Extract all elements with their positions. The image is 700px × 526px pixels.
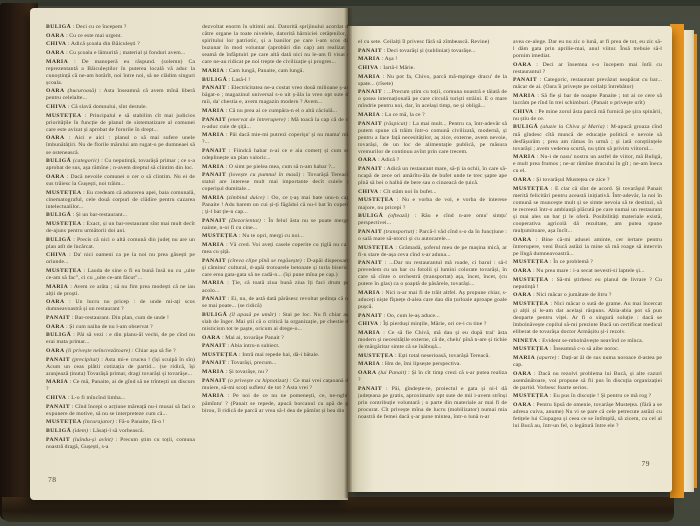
speaker-name: PANAIT <box>202 218 226 224</box>
speaker-name: PANAIT <box>202 378 226 384</box>
speaker-name: PANAIT <box>358 89 382 95</box>
speaker-name: MARIA <box>46 284 68 290</box>
dialogue-paragraph: PANAIT (lovește cu pumnul în masă) : Tov… <box>202 172 348 193</box>
page-number-79: 79 <box>642 459 651 468</box>
speaker-name: CHIVA <box>46 252 66 258</box>
dialogue-paragraph: OARA : Nu prea mare : i-a secat nevesti-… <box>513 268 662 275</box>
dialogue-paragraph: OARA : Și tovarășul Mustețea ce zice ? <box>513 177 662 184</box>
speaker-name: OARA <box>46 88 65 94</box>
speaker-name: OARA <box>513 292 532 298</box>
stage-direction: (zîmbind dulce) <box>224 195 265 201</box>
page-79-column-1: el cu sete. Ceilalți îl privesc fără să … <box>358 39 507 463</box>
speaker-name: CHIVA <box>46 104 66 110</box>
book-cover-bottom-edge <box>2 497 674 522</box>
dialogue-paragraph: MUSTEȚEA : Să-mi știrbesc eu planul de l… <box>513 277 662 291</box>
speaker-name: MUSTEȚEA <box>46 419 82 425</box>
speaker-name: BULIGĂ <box>46 428 71 434</box>
speaker-name: MUSTEȚEA <box>358 197 394 203</box>
dialogue-paragraph: MARIA : Păi dacă mie-mi putrezi coperișu… <box>202 132 348 146</box>
page-79-columns: el cu sete. Ceilalți îl privesc fără să … <box>348 26 672 463</box>
dialogue-paragraph: MUSTEȚEA : Eu pus în discuție ! Și pentr… <box>513 393 662 400</box>
speaker-name: PANAIT <box>202 85 226 91</box>
dialogue-paragraph: PANAIT : Oo, cum le-aș aduce... <box>358 313 507 320</box>
speaker-name: MARIA <box>202 393 224 399</box>
dialogue-paragraph: MUSTEȚEA : Grămadă, șoferul meu de pe ma… <box>358 245 507 259</box>
stage-direction: (Dezorientat) <box>226 218 261 224</box>
speaker-name: OARA <box>46 33 65 39</box>
dialogue-paragraph: PANAIT : Tovarăși, precum... <box>202 360 348 367</box>
dialogue-paragraph: OARA : Nici măcar o jumătate de litru ? <box>513 292 662 299</box>
speaker-name: PANAIT <box>513 77 537 83</box>
dialogue-paragraph: CHIVA : Că slavă domnului, sînt destule. <box>46 104 195 111</box>
speaker-name: PANAIT <box>358 166 382 172</box>
dialogue-paragraph: OARA : Cu școala e lămurită ; material ș… <box>46 50 195 57</box>
dialogue-paragraph: PANAIT : Adică un restaurant mare, să-ți… <box>358 166 507 187</box>
speaker-name: CHIVA <box>513 109 533 115</box>
dialogue-paragraph: BULIGĂ (aluzie la Chiva și Maria) : M-ap… <box>513 124 662 152</box>
speaker-name: PANAIT <box>202 148 226 154</box>
speaker-name: MARIA <box>358 330 380 336</box>
dialogue-paragraph: BULIGĂ : Deci cu ce începem ? <box>46 24 195 31</box>
dialogue-paragraph: MARIA : Că nu prea ai ce cumpăra-n el o … <box>202 108 348 115</box>
dialogue-paragraph: OARA : Pentru lipsă de omenie, tovarășe … <box>513 402 662 430</box>
dialogue-paragraph: OARA (îi privește neîncrezătoare) : Chia… <box>46 348 195 355</box>
dialogue-paragraph: MUSTEȚEA : Lauda de sine o fi ea bună în… <box>46 268 195 282</box>
speaker-name: BULIGĂ <box>358 213 383 219</box>
speaker-name: MUSTEȚEA <box>202 352 238 358</box>
speaker-name: MARIA <box>46 59 68 65</box>
book-gutter-shadow <box>344 8 352 498</box>
dialogue-paragraph: MARIA : O simt pe pielea mea, cum să n-a… <box>202 164 348 171</box>
speaker-name: MARIA <box>202 242 224 248</box>
dialogue-paragraph: PANAIT : Ei, nu, de astă dată părăsesc r… <box>202 296 348 310</box>
speaker-name: MUSTEȚEA <box>358 353 394 359</box>
page-block-edges <box>684 30 694 492</box>
dialogue-paragraph: MUSTEȚEA : Nici măcar o sută de grame. A… <box>513 301 662 336</box>
page-79-column-2: avea ce-alege. Dar eu nu zic o lună, ar … <box>513 39 662 463</box>
dialogue-paragraph: PANAIT (luîndu-și avînt) : Precum știm c… <box>46 437 195 451</box>
background-top-shade <box>0 0 700 6</box>
speaker-name: OARA <box>202 335 221 341</box>
speaker-name: MUSTEȚEA <box>358 245 394 251</box>
dialogue-paragraph: CHIVA : L-o fi mîncînd limba... <box>46 395 195 402</box>
dialogue-paragraph: MARIA : Și tovarășe, nu ? <box>202 369 348 376</box>
dialogue-paragraph: MARIA : Ce să fie Chivă, mă dau și eu du… <box>358 330 507 351</box>
speaker-name: OARA <box>358 370 377 376</box>
speaker-name: MARIA <box>358 361 380 367</box>
dialogue-paragraph: BULIGĂ (îl apasă pe umăr) : Stai pe loc.… <box>202 312 348 333</box>
stage-direction: (precipitat) <box>70 357 99 363</box>
speaker-name: MARIA <box>202 68 224 74</box>
dialogue-paragraph: CHIVA : Da' nici oameni ca pe la noi nu … <box>46 252 195 266</box>
dialogue-paragraph: OARA (lui Panait) : Și în cît timp crezi… <box>358 370 507 384</box>
dialogue-paragraph: MARIA : Cam lungă, Panaite, cam lungă. <box>202 68 348 75</box>
dialogue-paragraph: OARA : Mai ai, tovarășe Panait ? <box>202 335 348 342</box>
dialogue-paragraph: NINETA : Evident se-mbolnăvește neavînd … <box>513 338 662 345</box>
speaker-name: OARA <box>46 324 65 330</box>
speaker-name: MARIA <box>358 290 380 296</box>
dialogue-paragraph: OARA : Deci ar însemna s-o începem mai î… <box>513 62 662 76</box>
stage-direction: (lovește cu pumnul în masă) <box>226 172 300 178</box>
dialogue-paragraph: el cu sete. Ceilalți îl privesc fără să … <box>358 39 507 46</box>
speaker-name: MUSTEȚEA <box>46 268 82 274</box>
stage-direction: (bucuroasă) <box>65 88 97 94</box>
speaker-name: MARIA <box>202 280 224 286</box>
dialogue-paragraph: PANAIT : Categoric, restaurant prevăzut … <box>513 77 662 91</box>
speaker-name: CHIVA <box>46 41 66 47</box>
speaker-name: MUSTEȚEA <box>46 221 82 227</box>
speaker-name: OARA <box>513 62 532 68</box>
speaker-name: CHIVA <box>46 395 66 401</box>
speaker-name: MUSTEȚEA <box>513 186 549 192</box>
dialogue-paragraph: MUSTEȚEA : În ce problemă ? <box>513 259 662 266</box>
stage-direction: (o privește ca hipnotizat) <box>226 378 288 384</box>
dialogue-paragraph: OARA (bucuroasă) : Asta înseamnă că avem… <box>46 88 195 102</box>
dialogue-paragraph: PANAIT : Fiindcă habar n-ai ce e aia com… <box>202 148 348 162</box>
dialogue-paragraph: PANAIT (enervat de întrerupere) : Mă toa… <box>202 117 348 131</box>
dialogue-paragraph: PANAIT (cîteva clipe pînă se regăsește) … <box>202 258 348 279</box>
speaker-name: OARA <box>513 177 532 183</box>
speaker-name: PANAIT <box>358 386 382 392</box>
dialogue-paragraph: BULIGĂ : Păi să vezi : e din planu-ăl ve… <box>46 332 195 346</box>
speaker-name: OARA <box>513 371 532 377</box>
speaker-name: OARA <box>358 157 377 163</box>
dialogue-paragraph: PANAIT : Cînd începi o acțiune măreață n… <box>46 404 195 418</box>
speaker-name: OARA <box>513 402 532 408</box>
speaker-name: CHIVA <box>358 189 378 195</box>
speaker-name: MARIA <box>358 74 380 80</box>
dialogue-paragraph: MUSTEȚEA : Ești total neserioasă, tovară… <box>358 353 507 360</box>
page-78-columns: BULIGĂ : Deci cu ce începem ?OARA : Cu c… <box>30 8 348 476</box>
page-78-column-1: BULIGĂ : Deci cu ce începem ?OARA : Cu c… <box>46 24 195 476</box>
stage-direction: (încurajator) <box>82 419 115 425</box>
speaker-name: MUSTEȚEA <box>46 190 82 196</box>
dialogue-paragraph: PANAIT (o privește ca hipnotizat) : Ce m… <box>202 378 348 392</box>
dialogue-paragraph: PANAIT : Păi, gîndește-te, proiectul e g… <box>358 386 507 421</box>
dialogue-paragraph: MARIA : Să fie și bar de noapte Panaite … <box>513 93 662 107</box>
dialogue-paragraph: MARIA : De manoperă eu răspund. (solemn)… <box>46 59 195 87</box>
dialogue-paragraph: PANAIT : Bar-restaurant. Din plan, cum d… <box>46 315 195 322</box>
stage-direction: (idem) <box>71 428 88 434</box>
dialogue-paragraph: MUSTEȚEA : Eu credeam că aducerea apei, … <box>46 190 195 211</box>
dialogue-paragraph: MUSTEȚEA : Înseamnă c-o să aibe noroc. <box>513 346 662 353</box>
speaker-name: MARIA <box>46 379 68 385</box>
dialogue-paragraph: MARIA : Hm de, îmi lipsește perspectiva. <box>358 361 507 368</box>
speaker-name: OARA <box>513 268 532 274</box>
dialogue-paragraph: MUSTEȚEA : Nu te opri, mergi cu noi... <box>202 233 348 240</box>
stage-direction: (îi privește neîncrezătoare) <box>65 348 131 354</box>
speaker-name: MARIA <box>513 154 535 160</box>
speaker-name: MARIA <box>202 369 224 375</box>
dialogue-paragraph: avea ce-alege. Dar eu nu zic o lună, ar … <box>513 39 662 60</box>
speaker-name: MARIA <box>358 56 380 62</box>
dialogue-paragraph: BULIGĂ (idem) : Lăsați-l să vorbească. <box>46 428 195 435</box>
speaker-name: PANAIT <box>202 343 226 349</box>
speaker-name: MUSTEȚEA <box>202 233 238 239</box>
dialogue-paragraph: PANAIT : Electricitatea ne-a costat vreo… <box>202 85 348 106</box>
speaker-name: MUSTEȚEA <box>513 301 549 307</box>
speaker-name: OARA <box>46 299 65 305</box>
speaker-name: MARIA <box>358 112 380 118</box>
dialogue-paragraph: CHIVA : Îți pierduși mințile, Mărie, ori… <box>358 321 507 328</box>
stage-direction: (aluzie la Chiva și Maria) <box>538 124 605 130</box>
dialogue-paragraph: BULIGĂ (oftează) : Rău e cînd n-are omu'… <box>358 213 507 227</box>
speaker-name: BULIGĂ <box>46 158 71 164</box>
speaker-name: BULIGĂ <box>46 237 71 243</box>
dialogue-paragraph: MARIA : Ție, că toată ziua bună ziua îți… <box>202 280 348 294</box>
speaker-name: BULIGĂ <box>513 124 538 130</box>
dialogue-paragraph: MARIA : La ce mă, la ce ? <box>358 112 507 119</box>
page-78-column-2: dezvoltat enorm în ultimii ani. Datorită… <box>202 24 348 476</box>
dialogue-paragraph: BULIGĂ (categoric) : Cu neputință, tovar… <box>46 158 195 172</box>
dialogue-paragraph: PANAIT : ...Precum știm cu toții, comuna… <box>358 89 507 110</box>
speaker-name: MARIA <box>202 108 224 114</box>
speaker-name: PANAIT <box>202 117 226 123</box>
speaker-name: BULIGĂ <box>46 24 71 30</box>
speaker-name: PANAIT <box>358 48 382 54</box>
speaker-name: MARIA <box>202 195 224 201</box>
page-right-79: el cu sete. Ceilalți îl privesc fără să … <box>348 26 672 492</box>
dialogue-paragraph: CHIVA : Adică școala din Băiculești ? <box>46 41 195 48</box>
dialogue-paragraph: PANAIT : Deci tovarăși și (subliniat) to… <box>358 48 507 55</box>
speaker-name: OARA <box>46 348 65 354</box>
dialogue-paragraph: OARA : Dacă nevoile comunei o cer o să c… <box>46 174 195 188</box>
stage-direction: (oftează) <box>383 213 409 219</box>
speaker-name: MUSTEȚEA <box>46 113 82 119</box>
speaker-name: MARIA <box>513 93 535 99</box>
dialogue-paragraph: BULIGĂ : Precis că nici o altă comună di… <box>46 237 195 251</box>
dialogue-paragraph: OARA : Aici e aici : planul o să mai suf… <box>46 135 195 156</box>
dialogue-paragraph: MUSTEȚEA : E clar că sînt de acord. Și t… <box>513 186 662 235</box>
speaker-name: MUSTEȚEA <box>513 393 549 399</box>
page-left-78: BULIGĂ : Deci cu ce începem ?OARA : Cu c… <box>30 8 348 500</box>
book-cover-right-orange-band <box>670 24 684 498</box>
dialogue-paragraph: MARIA : Vă cred. Voi aveți casele coperi… <box>202 242 348 256</box>
dialogue-paragraph: PANAIT (precipitat) : Asta mi-e crucea !… <box>46 357 195 378</box>
dialogue-paragraph: OARA : Cu ce este mai urgent. <box>46 33 195 40</box>
dialogue-paragraph: PANAIT : ...Dar nu restaurantul mă roade… <box>358 260 507 288</box>
dialogue-paragraph: OARA : Bine că-mi adusei aminte, cer ier… <box>513 237 662 258</box>
speaker-name: PANAIT <box>46 437 70 443</box>
book-cover-right-orange-stripe <box>694 34 697 488</box>
dialogue-paragraph: OARA : Un lucru nu pricep : de unde mi-a… <box>46 299 195 313</box>
dialogue-paragraph: OARA : Dacă nu rezolvi problema lui Bucă… <box>513 371 662 392</box>
dialogue-paragraph: MUSTEȚEA (încurajator) : Fă-o Panaite, f… <box>46 419 195 426</box>
speaker-name: PANAIT <box>358 229 382 235</box>
speaker-name: MUSTEȚEA <box>513 259 549 265</box>
speaker-name: OARA <box>46 50 65 56</box>
dialogue-paragraph: PANAIT (răspicat) : La mai mult... Pentr… <box>358 121 507 156</box>
speaker-name: PANAIT <box>202 360 226 366</box>
dialogue-paragraph: MARIA : Pe noi de ce nu ne pomenești, ce… <box>202 393 348 414</box>
dialogue-paragraph: MARIA : Așa ! <box>358 56 507 63</box>
dialogue-paragraph: PANAIT : Abia intru-n subiect. <box>202 343 348 350</box>
stage-direction: (categoric) <box>71 158 99 164</box>
speaker-name: PANAIT <box>46 357 70 363</box>
dialogue-paragraph: PANAIT (transportat) : Parcă-l văd cînd … <box>358 229 507 243</box>
dialogue-paragraph: BULIGĂ : Și un bar-restaurant... <box>46 212 195 219</box>
dialogue-paragraph: MUSTEȚEA : Principalul e să stabilim cît… <box>46 113 195 134</box>
stage-direction: (aparte) <box>535 355 556 361</box>
speaker-name: NINETA <box>513 338 537 344</box>
page-number-78: 78 <box>48 475 57 484</box>
speaker-name: BULIGĂ <box>46 332 71 338</box>
stage-direction: (transportat) <box>382 229 414 235</box>
dialogue-paragraph: MARIA : Nici n-ar mai fi de trăit altfel… <box>358 290 507 311</box>
speaker-name: OARA <box>46 174 65 180</box>
stage-direction: (enervat de întrerupere) <box>226 117 285 123</box>
dialogue-paragraph: BULIGĂ : Lasă-l ! <box>202 77 348 84</box>
dialogue-paragraph: MARIA : Nu-i de nasu' nostru un astfel d… <box>513 154 662 175</box>
speaker-name: MUSTEȚEA <box>513 346 549 352</box>
speaker-name: BULIGĂ <box>202 312 227 318</box>
speaker-name: OARA <box>513 237 532 243</box>
speaker-name: BULIGĂ <box>46 212 71 218</box>
speaker-name: PANAIT <box>358 121 382 127</box>
stage-direction: (luîndu-și avînt) <box>70 437 113 443</box>
speaker-name: PANAIT <box>202 172 226 178</box>
stage-direction: (cîteva clipe pînă se regăsește) <box>226 258 302 264</box>
dialogue-paragraph: MARIA : Ce mă, Panaite, ai de gînd să ne… <box>46 379 195 393</box>
speaker-name: CHIVA <box>358 65 378 71</box>
dialogue-paragraph: MARIA : Avem ce arăta ; să nu fim prea m… <box>46 284 195 298</box>
dialogue-paragraph: OARA : Și cum naiba de nu l-am observat … <box>46 324 195 331</box>
dialogue-paragraph: CHIVA : Cît stăm noi în bufet... <box>358 189 507 196</box>
dialogue-paragraph: OARA : Adică ? <box>358 157 507 164</box>
dialogue-paragraph: MUSTEȚEA : Nu e vorba de voi, e vorba de… <box>358 197 507 211</box>
dialogue-paragraph: MUSTEȚEA : Exact, și un bar-restaurant s… <box>46 221 195 235</box>
speaker-name: PANAIT <box>358 313 382 319</box>
dialogue-paragraph: MARIA (aparte) : Dați-ar ăl de sus numa … <box>513 355 662 369</box>
stage-direction: (îl apasă pe umăr) <box>227 312 276 318</box>
speaker-name: MARIA <box>513 355 535 361</box>
speaker-name: PANAIT <box>46 315 70 321</box>
speaker-name: PANAIT <box>202 296 226 302</box>
dialogue-paragraph: CHIVA : Iartă-l Mărie. <box>358 65 507 72</box>
speaker-name: OARA <box>46 135 65 141</box>
speaker-name: MUSTEȚEA <box>513 277 549 283</box>
speaker-name: PANAIT <box>46 404 70 410</box>
dialogue-paragraph: MARIA (zîmbind dulce) : Oo, ce ț-aș mai … <box>202 195 348 216</box>
dialogue-paragraph: dezvoltat enorm în ultimii ani. Datorită… <box>202 24 348 66</box>
speaker-name: MARIA <box>202 164 224 170</box>
speaker-name: MARIA <box>202 132 224 138</box>
dialogue-paragraph: MUSTEȚEA : Intră mai repede hai, dă-i bă… <box>202 352 348 359</box>
stage-direction: (răspicat) <box>382 121 407 127</box>
dialogue-paragraph: PANAIT (Dezorientat) : În felul ăsta nu … <box>202 218 348 232</box>
dialogue-paragraph: MARIA : Nu pot fa, Chivo, parcă mă-mping… <box>358 74 507 88</box>
speaker-name: BULIGĂ <box>202 77 227 83</box>
stage-direction: (lui Panait) <box>377 370 407 376</box>
speaker-name: PANAIT <box>358 260 382 266</box>
speaker-name: PANAIT <box>202 258 226 264</box>
dialogue-paragraph: CHIVA : Pe mine zorul ăsta parcă mă furn… <box>513 109 662 123</box>
speaker-name: CHIVA <box>358 321 378 327</box>
